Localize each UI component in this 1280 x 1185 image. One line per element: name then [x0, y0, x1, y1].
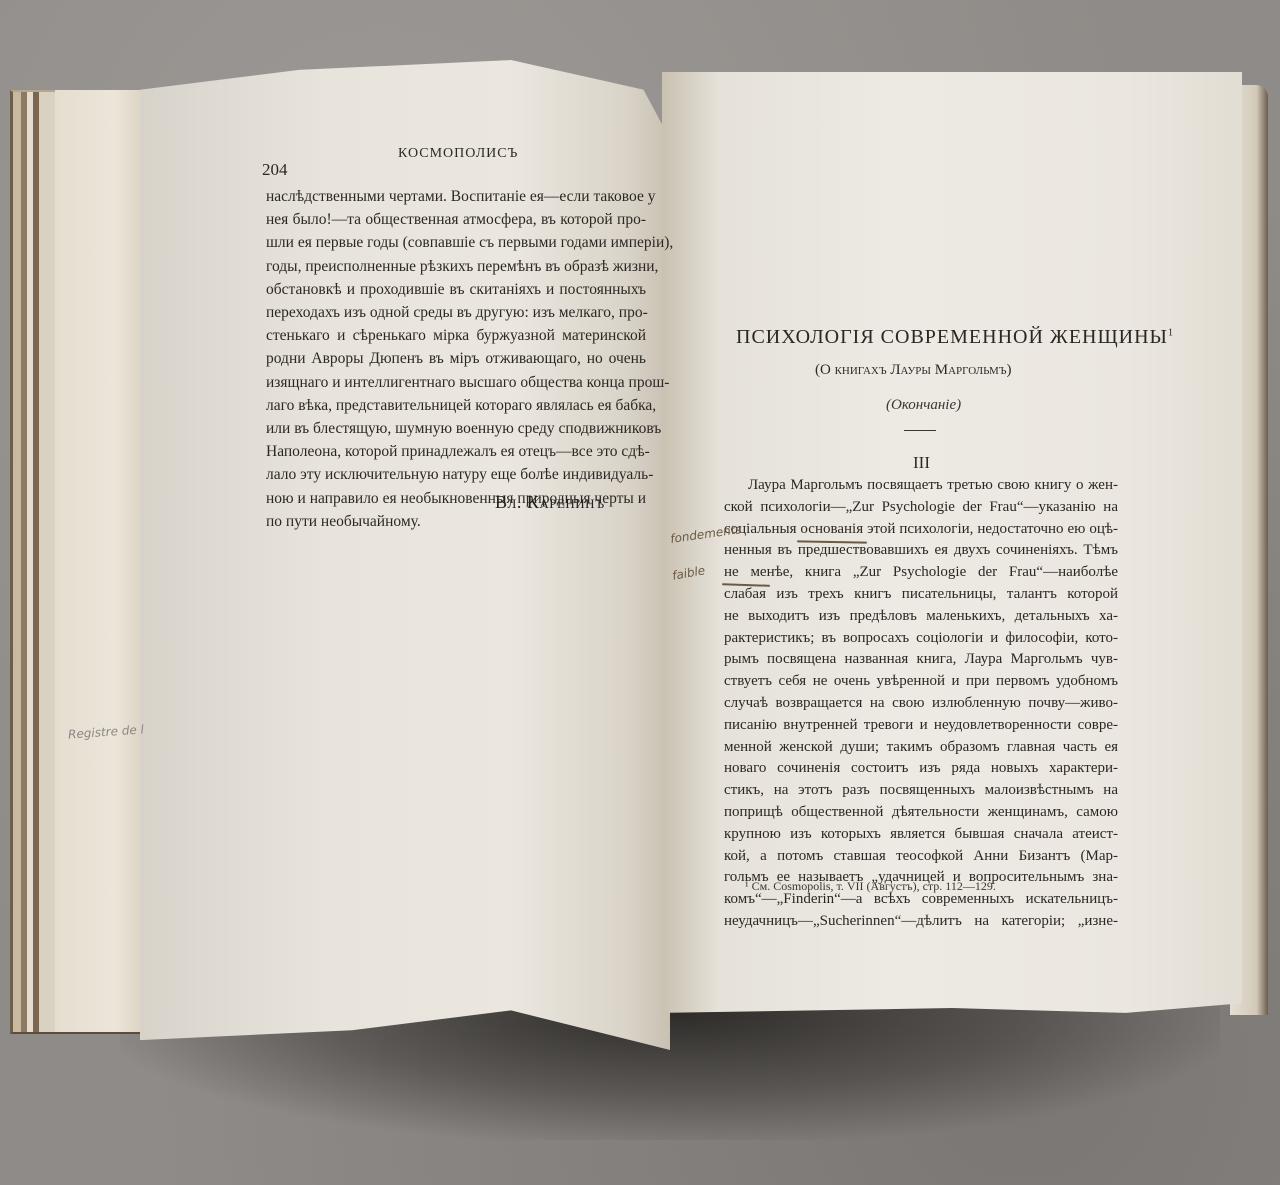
text-line: соціальныя основанія этой психологіи, не… — [724, 519, 1118, 541]
text-line: лало эту исключительную натуру еще болѣе… — [266, 463, 646, 486]
text-line: наслѣдственными чертами. Воспитаніе ея—е… — [266, 185, 646, 208]
article-continuation-note: (Окончаніе) — [886, 397, 961, 414]
text-line: ствуетъ себя не очень увѣренной и при пе… — [724, 671, 1118, 693]
text-line: обстановкѣ и проходившіе въ скитаніяхъ и… — [266, 278, 646, 301]
article-subtitle: (О книгахъ Лауры Маргольмъ) — [815, 362, 1012, 379]
text-line: менной женской души; такимъ образомъ гла… — [724, 737, 1118, 759]
left-page-body: наслѣдственными чертами. Воспитаніе ея—е… — [266, 185, 646, 533]
text-line: или въ блестящую, шумную военную среду с… — [266, 417, 646, 440]
right-page-body: Лаура Маргольмъ посвящаетъ третью свою к… — [724, 475, 1118, 933]
article-title-text: Психологія современной женщины — [736, 326, 1168, 348]
text-line: изящнаго и интеллигентнаго высшаго общес… — [266, 371, 646, 394]
author-signature: Вл. Каренинъ — [495, 492, 605, 513]
article-title: Психологія современной женщины1 — [736, 326, 1174, 349]
text-line: неудачницъ—„Sucherinnen“—дѣлитъ на катег… — [724, 911, 1118, 933]
text-line: нея было!—та общественная атмосфера, въ … — [266, 208, 646, 231]
text-line: Наполеона, которой принадлежалъ ея отецъ… — [266, 440, 646, 463]
text-line: по пути необычайному. — [266, 510, 646, 533]
text-line: рымъ посвящена названная книга, Лаура Ма… — [724, 649, 1118, 671]
text-line: переходахъ изъ одной среды въ другую: из… — [266, 301, 646, 324]
text-line: лаго вѣка, представительницей котораго я… — [266, 394, 646, 417]
text-line: рактеристикъ; въ вопросахъ соціологіи и … — [724, 628, 1118, 650]
text-line: случаѣ возвращается на свою излюбленную … — [724, 693, 1118, 715]
text-line: не выходитъ изъ предѣловъ маленькихъ, де… — [724, 606, 1118, 628]
text-line: писанію внутренней тревоги и неудовлетво… — [724, 715, 1118, 737]
section-number: III — [913, 453, 930, 473]
running-head: КОСМОПОЛИСЪ — [398, 146, 518, 162]
text-line: Лаура Маргольмъ посвящаетъ третью свою к… — [724, 475, 1118, 497]
footnote: ¹ См. Cosmopolis, т. VII (Августъ), стр.… — [745, 879, 996, 894]
divider-rule — [904, 430, 936, 431]
text-line: поприщѣ общественной дѣятельности женщин… — [724, 802, 1118, 824]
text-line: стенькаго и сѣренькаго міpка буржуазной … — [266, 324, 646, 347]
text-line: годы, преисполненные рѣзкихъ перемѣнъ въ… — [266, 255, 646, 278]
text-line: стикъ, на этотъ разъ посвященныхъ малоиз… — [724, 780, 1118, 802]
text-line: слабая изъ трехъ книгъ писательницы, тал… — [724, 584, 1118, 606]
text-line: шли ея первые годы (совпавшіе съ первыми… — [266, 231, 646, 254]
text-line: кой, а потомъ ставшая теософкой Анни Биз… — [724, 846, 1118, 868]
text-line: новаго сочиненія состоитъ изъ ряда новых… — [724, 758, 1118, 780]
page-number: 204 — [262, 160, 288, 180]
footnote-mark: 1 — [1168, 327, 1174, 338]
text-line: крупною изъ которыхъ является бывшая сна… — [724, 824, 1118, 846]
text-line: ненныя въ предшествовавшихъ ея двухъ соч… — [724, 540, 1118, 562]
text-line: родни Авроры Дюпенъ въ міръ отживающаго,… — [266, 347, 646, 370]
text-line: ской психологіи—„Zur Psychologie der Fra… — [724, 497, 1118, 519]
text-line: не менѣе, книга „Zur Psychologie der Fra… — [724, 562, 1118, 584]
